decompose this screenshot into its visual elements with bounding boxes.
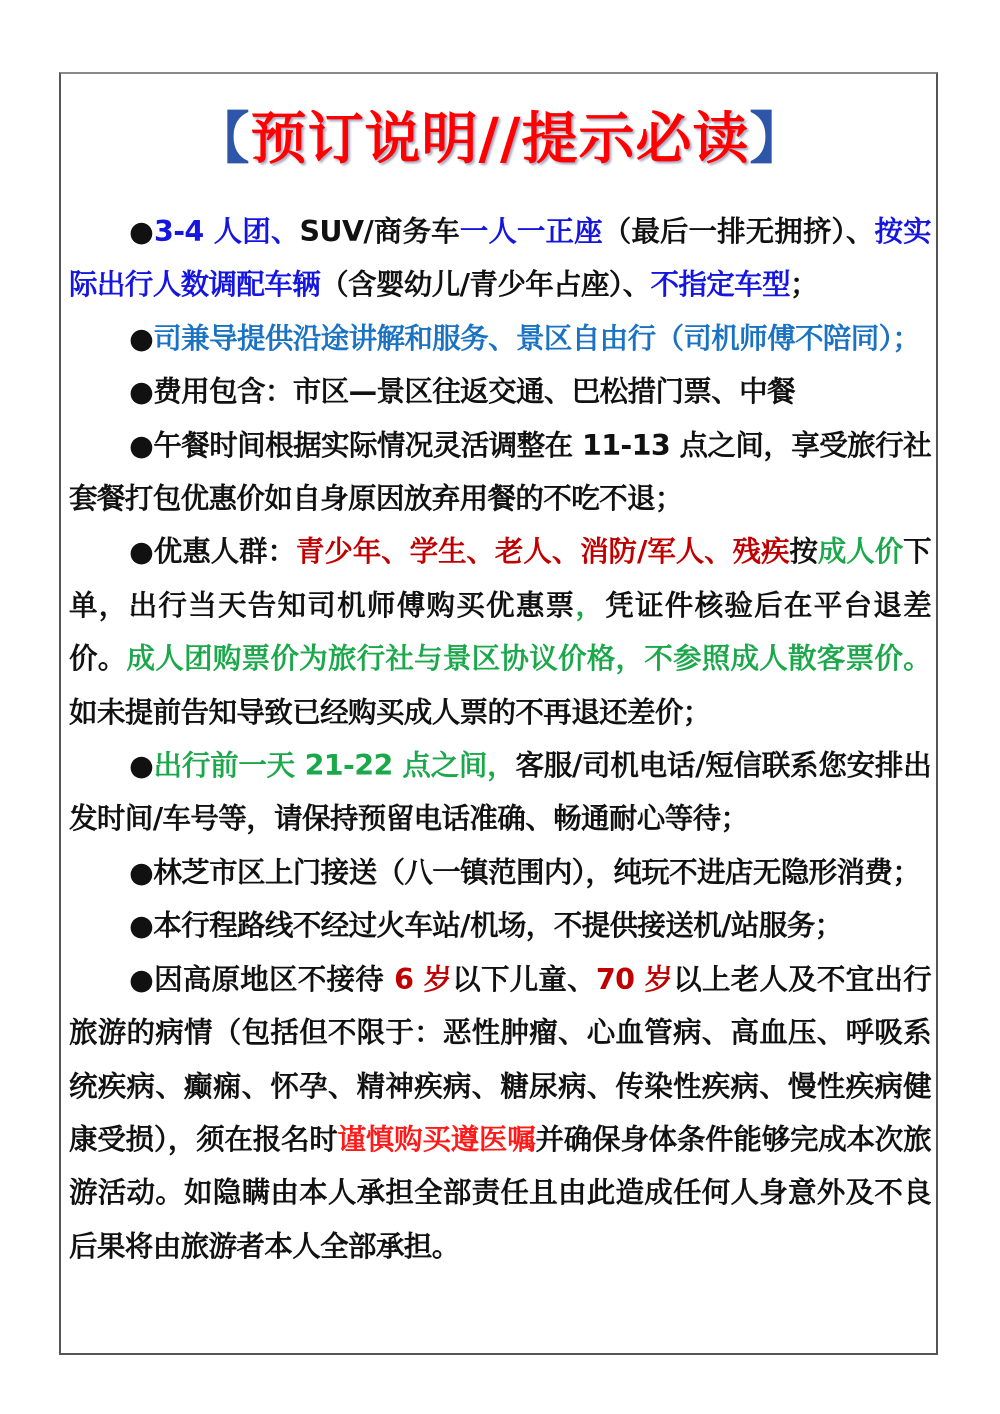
bullet-icon: ● (129, 429, 153, 462)
bullet-icon: ● (129, 535, 154, 568)
vehicle-type-text: SUV/商务车 (299, 215, 459, 248)
medical-advice-text: 谨慎购买遵医嘱 (338, 1123, 536, 1156)
title-text: 预订说明//提示必读 (251, 107, 750, 172)
adult-price-text: 成人价 (818, 535, 903, 568)
infant-seat-text: （含婴幼儿/青少年占座）、 (320, 268, 650, 301)
group-size-text: 3-4 人团、 (154, 215, 300, 248)
notice-item-contact: ●出行前一天 21-22 点之间，客服/司机电话/短信联系您安排出发时间/车号等… (69, 739, 931, 846)
lunch-time-text: 午餐时间根据实际情况灵活调整在 11-13 点之间，享受旅行社套餐打包优惠价如自… (69, 429, 931, 515)
age-six-text: 6 岁 (394, 963, 452, 996)
discount-groups-text: 青少年、学生、老人、消防/军人、残疾 (296, 535, 789, 568)
bullet-icon: ● (129, 963, 154, 996)
contact-time-text: 出行前一天 21-22 点之间， (154, 749, 516, 782)
page-title: 【预订说明//提示必读】 (0, 100, 1000, 180)
children-text: 以下儿童、 (452, 963, 596, 996)
bullet-icon: ● (129, 215, 154, 248)
notice-item-fees: ●费用包含：市区—景区往返交通、巴松措门票、中餐 (69, 365, 931, 418)
group-price-text: 成人团购票价为旅行社与景区协议价格，不参照成人散客票价。 (127, 642, 931, 675)
last-row-text: （最后一排无拥挤）、 (603, 215, 875, 248)
comma: ， (575, 589, 605, 622)
bullet-icon: ● (129, 375, 153, 408)
notice-body: ●3-4 人团、SUV/商务车一人一正座（最后一排无拥挤）、按实际出行人数调配车… (69, 205, 931, 1273)
semicolon: ； (790, 268, 818, 301)
pickup-text: 林芝市区上门接送（八一镇范围内），纯玩不进店无隐形消费； (153, 856, 920, 889)
bullet-icon: ● (129, 856, 153, 889)
notice-item-route: ●本行程路线不经过火车站/机场，不提供接送机/站服务； (69, 899, 931, 952)
route-text: 本行程路线不经过火车站/机场，不提供接送机/站服务； (153, 909, 842, 942)
notice-item-lunch: ●午餐时间根据实际情况灵活调整在 11-13 点之间，享受旅行社套餐打包优惠价如… (69, 419, 931, 526)
no-refund-text: 如未提前告知导致已经购买成人票的不再退还差价； (69, 696, 711, 729)
notice-item-guide: ●司兼导提供沿途讲解和服务、景区自由行（司机师傅不陪同）； (69, 312, 931, 365)
title-close-bracket: 】 (749, 107, 806, 172)
bullet-icon: ● (129, 909, 153, 942)
notice-item-health: ●因高原地区不接待 6 岁以下儿童、70 岁以上老人及不宜出行旅游的病情（包括但… (69, 953, 931, 1273)
discount-label: 优惠人群： (154, 535, 296, 568)
age-seventy-text: 70 岁 (596, 963, 673, 996)
fees-included-text: 费用包含：市区—景区往返交通、巴松措门票、中餐 (153, 375, 795, 408)
discount-by-text: 按 (789, 535, 817, 568)
notice-item-vehicle: ●3-4 人团、SUV/商务车一人一正座（最后一排无拥挤）、按实际出行人数调配车… (69, 205, 931, 312)
one-seat-text: 一人一正座 (460, 215, 603, 248)
title-open-bracket: 【 (194, 107, 251, 172)
bullet-icon: ● (129, 749, 154, 782)
no-model-text: 不指定车型 (650, 268, 790, 301)
bullet-icon: ● (129, 322, 153, 355)
notice-item-discount: ●优惠人群：青少年、学生、老人、消防/军人、残疾按成人价下单，出行当天告知司机师… (69, 525, 931, 739)
notice-item-pickup: ●林芝市区上门接送（八一镇范围内），纯玩不进店无隐形消费； (69, 846, 931, 899)
plateau-text: 因高原地区不接待 (154, 963, 394, 996)
guide-service-text: 司兼导提供沿途讲解和服务、景区自由行（司机师傅不陪同）； (153, 322, 920, 355)
